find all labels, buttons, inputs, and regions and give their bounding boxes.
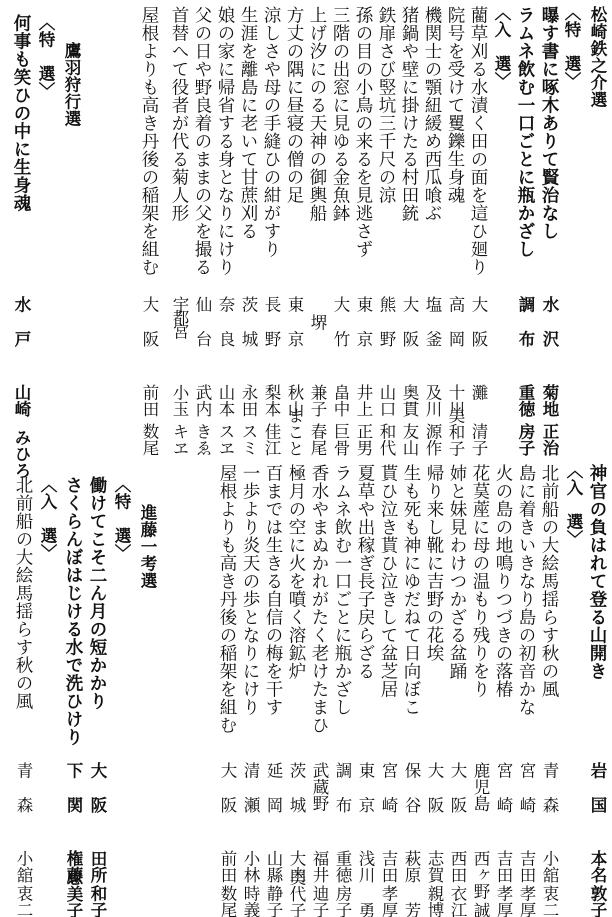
haiku-nyusen-7: 三階の出窓に見ゆる金魚鉢 [329,6,351,222]
author: 清瀬 小林 時義 [239,762,261,917]
selector-title: 鷹羽狩行選 [60,42,82,127]
haiku-nyusen-14: 一歩より炎天の歩となりにけり [239,464,261,716]
haiku-nyusen-11: 生涯を離島に老いて甘蔗刈る [237,6,259,240]
haiku-tokusen-2: ラムネ飲む一口ごとに瓶かざし [514,6,536,258]
author: 下関 権藤 恵美子 [62,762,84,917]
author: 水戸 山崎 みひろ [10,296,32,456]
tokusen-label: 〈特 選〉 [560,4,582,89]
author: 大阪 西田 衣江 [446,762,468,917]
haiku-nyusen-12: 娘の家に帰省する身となりにけり [214,6,236,276]
haiku-nyusen-8: 上げ汐にのる天神の御輿船 [306,6,328,222]
haiku-nyusen-6: 帰り来し靴に吉野の花埃 [423,464,445,662]
tokusen-label: 〈特 選〉 [110,476,132,561]
haiku-nyusen-5: 姉と妹見わけつかざる盆踊 [446,464,468,680]
haiku-nyusen-10: 涼しさや母の手縫ひの紺がすり [260,6,282,258]
haiku-nyusen-2: 院号を受けて矍鑠生身魂 [444,6,466,204]
author: 高岡 十川 美和子 [444,296,466,456]
selector-title: 松崎鉄之介選 [586,6,608,108]
haiku-nyusen-2: 島に着きいきなり島の初音かな [515,464,537,716]
haiku-nyusen-9: 方丈の隅に昼寝の僧の足 [283,6,305,204]
author: 大阪 前田 数尾 [216,762,238,917]
author: 鹿児島 西ヶ野 誠 [469,762,491,917]
haiku-tokusen-1: 曝す書に啄木ありて賢治なし [538,6,560,240]
author: 堺 兼子 春尾 [306,296,328,456]
author: 大阪 灘 清子 [467,296,489,456]
author: 延岡 山縣 静子 [262,762,284,917]
haiku-nyusen-13: 百までは生きる自信の梅を干す [262,464,284,716]
author: 青森 小舘 衷二 [538,762,560,917]
author: 保谷 萩原 芳 [400,762,422,917]
author: 岩国 本名 敦子 [586,762,608,917]
nyusen-label: 〈入 選〉 [562,462,584,547]
haiku-nyusen-3: 火の島の地鳴りつづきの落椿 [492,464,514,698]
haiku-tokusen-1: 何事も笑ひの中に生身魂 [10,14,32,212]
author: 大阪 志賀 親博 [423,762,445,917]
author: 宮崎 吉田 孝厚 [492,762,514,917]
haiku-nyusen-4: 花茣蓙に母の温もり残りをり [469,464,491,698]
author: 長野 梨本 佳江 [260,296,282,456]
haiku-nyusen-8: 貰ひ泣き貰ひ泣きして盆芝居 [377,464,399,698]
haiku-nyusen-5: 鉄扉さび竪坑三千尺の涼 [375,6,397,204]
haiku-nyusen-10: ラムネ飲む一口ごとに瓶かざし [331,464,353,716]
selector-title: 進藤一考選 [136,504,158,589]
author: 東京 浅川 勇 [354,762,376,917]
haiku-nyusen-1: 北前船の大絵馬揺らす秋の風 [12,476,34,710]
haiku-tokusen-continued: 神官の負はれて登る山開き [586,464,608,680]
author: 宮崎 吉田 孝厚 [515,762,537,917]
author: 調布 重徳 房子 [514,296,536,456]
author: 東京 秋山 まこと [283,296,305,456]
haiku-nyusen-7: 生も死も神にゆだねて日向ぼこ [400,464,422,716]
author: 宮崎 吉田 孝厚 [377,762,399,917]
bottom-half: 神官の負はれて登る山開き 〈入 選〉 北前船の大絵馬揺らす秋の風 島に着きいきな… [0,460,612,917]
haiku-nyusen-12: 極月の空に火を噴く溶鉱炉 [285,464,307,680]
author: 武蔵野 福井 迪子 [308,762,330,917]
haiku-nyusen-1: 藺草刈る水漬く田の面を這ひ廻り [467,6,489,276]
author: 大竹 畠中 巨骨 [329,296,351,456]
haiku-nyusen-11: 香水やまぬかれがたく老けたまひ [308,464,330,734]
author: 仙台 武内 きゑ [191,296,213,456]
author: 調布 重徳 房子 [331,762,353,917]
nyusen-label: 〈入 選〉 [490,4,512,89]
author: 茨城 永田 スミ [237,296,259,456]
author: 塩釜 及川 源作 [421,296,443,456]
author: 大阪 田所 和子 [86,762,108,917]
haiku-nyusen-3: 機関士の顎紐緩め西瓜喰ぶ [421,6,443,222]
haiku-nyusen-15: 屋根よりも高き丹後の稲架を組む [138,6,160,276]
nyusen-label: 〈入 選〉 [36,476,58,561]
haiku-nyusen-14: 首替へて役者が代る菊人形 [168,6,190,222]
author: 宇都宮 小玉 キヱ [168,296,190,456]
haiku-tokusen-1: 働けてこそ二ん月の短かかり [86,476,108,710]
author: 大阪 前田 数尾 [138,296,160,456]
haiku-nyusen-9: 夏草や出稼ぎ長子戻らざる [354,464,376,680]
author: 青森 小舘 衷二 [12,762,34,917]
author: 東京 井上 正男 [352,296,374,456]
haiku-nyusen-4: 猪鍋や壁に掛けたる村田銃 [398,6,420,222]
author: 熊野 山口 和代 [375,296,397,456]
haiku-nyusen-15: 屋根よりも高き丹後の稲架を組む [216,464,238,734]
author: 奈良 山本 スヱ [214,296,236,456]
top-half: 松崎鉄之介選 〈特 選〉 曝す書に啄木ありて賢治なし ラムネ飲む一口ごとに瓶かざ… [0,0,612,455]
haiku-tokusen-2: さくらんぼはじける水で洗ひけり [62,476,84,746]
author: 茨城 大内 美代子 [285,762,307,917]
haiku-nyusen-13: 父の日や野良着のままの父を撮る [191,6,213,276]
tokusen-label: 〈特 選〉 [34,14,56,99]
author: 水沢 菊地 正治 [538,296,560,456]
author: 大阪 奥貫 友山 [398,296,420,456]
haiku-nyusen-6: 孫の目の小鳥の来るを見逃さず [352,6,374,258]
haiku-nyusen-1: 北前船の大絵馬揺らす秋の風 [538,464,560,698]
